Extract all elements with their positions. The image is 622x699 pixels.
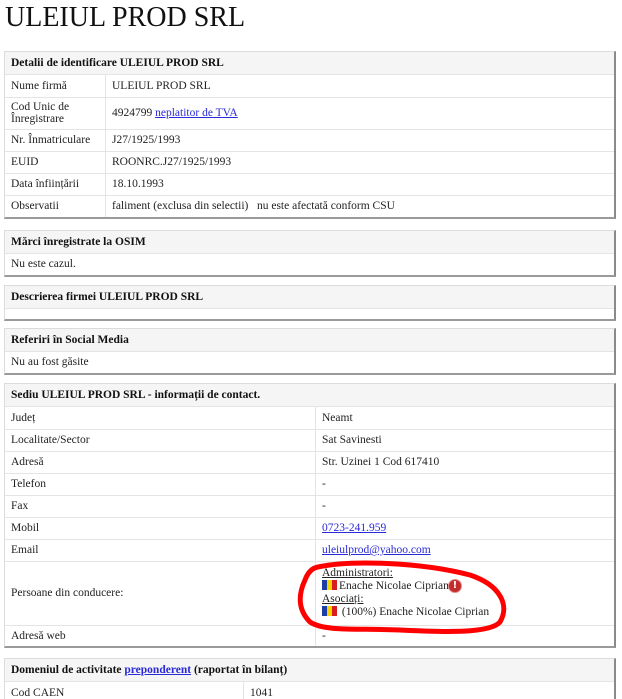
identification-table: Nume firmă ULEIUL PROD SRL Cod Unic de Î… xyxy=(5,75,614,217)
website-value: - xyxy=(316,625,615,646)
table-row: Cod CAEN 1041 xyxy=(5,682,614,699)
table-row: Nume firmă ULEIUL PROD SRL xyxy=(5,75,614,97)
associates-heading: Asociați: xyxy=(322,593,364,605)
registration-number-value: J27/1925/1993 xyxy=(106,129,615,151)
email-value: uleiulprod@yahoo.com xyxy=(316,539,615,561)
row-label: Localitate/Sector xyxy=(5,429,316,451)
social-media-panel: Referiri în Social Media Nu au fost găsi… xyxy=(4,328,616,375)
row-label: Data înființării xyxy=(5,173,106,195)
caen-code-value: 1041 xyxy=(244,682,615,699)
row-label: Nr. Înmatriculare xyxy=(5,129,106,151)
social-media-panel-body: Nu au fost găsite xyxy=(5,352,614,373)
county-value: Neamt xyxy=(316,407,615,429)
table-row: Cod Unic de Înregistrare 4924799 neplati… xyxy=(5,97,614,129)
mobile-link[interactable]: 0723-241.959 xyxy=(322,522,386,534)
table-row: EUID ROONRC.J27/1925/1993 xyxy=(5,151,614,173)
social-media-panel-title: Referiri în Social Media xyxy=(5,329,614,352)
row-label: Telefon xyxy=(5,473,316,495)
activity-title-prefix: Domeniul de activitate xyxy=(11,664,124,676)
table-row: Mobil 0723-241.959 xyxy=(5,517,614,539)
osim-panel: Mărci înregistrate la OSIM Nu este cazul… xyxy=(4,230,616,277)
row-label: Cod Unic de Înregistrare xyxy=(5,97,106,129)
description-panel: Descrierea firmei ULEIUL PROD SRL xyxy=(4,285,616,321)
identification-panel-title: Detalii de identificare ULEIUL PROD SRL xyxy=(5,52,614,75)
table-row: Nr. Înmatriculare J27/1925/1993 xyxy=(5,129,614,151)
cui-number: 4924799 xyxy=(112,107,152,119)
euid-value: ROONRC.J27/1925/1993 xyxy=(106,151,615,173)
activity-table: Cod CAEN 1041 xyxy=(5,682,614,699)
management-value: Administratori: Enache Nicolae Ciprian! … xyxy=(316,561,615,625)
table-row: Observatii faliment (exclusa din selecti… xyxy=(5,195,614,217)
romania-flag-icon xyxy=(322,580,337,590)
row-label: Persoane din conducere: xyxy=(5,561,316,625)
fax-value: - xyxy=(316,495,615,517)
locality-value: Sat Savinesti xyxy=(316,429,615,451)
exclamation-icon[interactable]: ! xyxy=(449,580,461,592)
administrator-name: Enache Nicolae Ciprian xyxy=(339,580,449,592)
company-name-value: ULEIUL PROD SRL xyxy=(106,75,615,97)
osim-panel-body: Nu este cazul. xyxy=(5,254,614,275)
table-row: Județ Neamt xyxy=(5,407,614,429)
row-label: EUID xyxy=(5,151,106,173)
email-link[interactable]: uleiulprod@yahoo.com xyxy=(322,544,431,556)
row-label: Email xyxy=(5,539,316,561)
address-value: Str. Uzinei 1 Cod 617410 xyxy=(316,451,615,473)
row-label: Județ xyxy=(5,407,316,429)
osim-panel-title: Mărci înregistrate la OSIM xyxy=(5,231,614,254)
row-label: Fax xyxy=(5,495,316,517)
preponderent-link[interactable]: preponderent xyxy=(124,664,191,676)
row-label: Adresă xyxy=(5,451,316,473)
romania-flag-icon xyxy=(322,606,337,616)
mobile-value: 0723-241.959 xyxy=(316,517,615,539)
vat-status-link[interactable]: neplatitor de TVA xyxy=(155,107,238,119)
table-row: Persoane din conducere: Administratori: … xyxy=(5,561,614,625)
row-label: Adresă web xyxy=(5,625,316,646)
activity-panel-title: Domeniul de activitate preponderent (rap… xyxy=(5,659,614,682)
table-row: Email uleiulprod@yahoo.com xyxy=(5,539,614,561)
activity-title-suffix: (raportat în bilanț) xyxy=(191,664,287,676)
page-title: ULEIUL PROD SRL xyxy=(5,2,245,34)
administrators-heading: Administratori: xyxy=(322,567,393,579)
identification-panel: Detalii de identificare ULEIUL PROD SRL … xyxy=(4,51,616,219)
contact-table: Județ Neamt Localitate/Sector Sat Savine… xyxy=(5,407,614,646)
row-label: Cod CAEN xyxy=(5,682,244,699)
founding-date-value: 18.10.1993 xyxy=(106,173,615,195)
contact-panel: Sediu ULEIUL PROD SRL - informații de co… xyxy=(4,383,616,648)
row-label: Observatii xyxy=(5,195,106,217)
table-row: Adresă Str. Uzinei 1 Cod 617410 xyxy=(5,451,614,473)
description-panel-body xyxy=(5,309,614,319)
description-panel-title: Descrierea firmei ULEIUL PROD SRL xyxy=(5,286,614,309)
table-row: Fax - xyxy=(5,495,614,517)
associate-name: (100%) Enache Nicolae Ciprian xyxy=(342,606,489,618)
table-row: Telefon - xyxy=(5,473,614,495)
row-label: Mobil xyxy=(5,517,316,539)
contact-panel-title: Sediu ULEIUL PROD SRL - informații de co… xyxy=(5,384,614,407)
observations-value: faliment (exclusa din selectii) nu este … xyxy=(106,195,615,217)
table-row: Data înființării 18.10.1993 xyxy=(5,173,614,195)
table-row: Localitate/Sector Sat Savinesti xyxy=(5,429,614,451)
cui-value: 4924799 neplatitor de TVA xyxy=(106,97,615,129)
phone-value: - xyxy=(316,473,615,495)
table-row: Adresă web - xyxy=(5,625,614,646)
row-label: Nume firmă xyxy=(5,75,106,97)
activity-panel: Domeniul de activitate preponderent (rap… xyxy=(4,658,616,699)
